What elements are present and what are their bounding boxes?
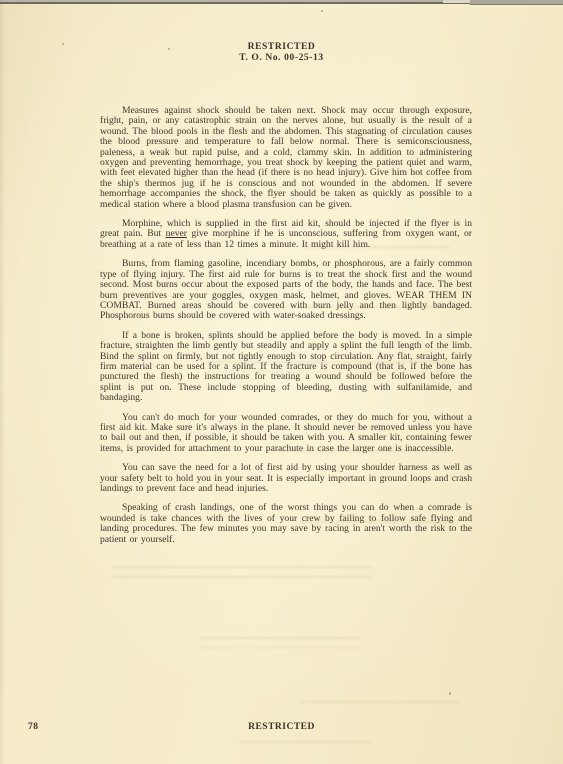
scanned-page: RESTRICTED T. O. No. 00-25-13 Measures a… — [0, 0, 563, 764]
scan-edge-left — [0, 0, 5, 764]
paragraph: If a bone is broken, splints should be a… — [100, 331, 472, 404]
paragraph-text: Burns, from flaming gasoline, incendiary… — [100, 258, 472, 321]
scan-speck — [62, 43, 64, 45]
bleedthrough-artifact — [240, 738, 370, 748]
bleedthrough-artifact — [112, 563, 372, 585]
bleedthrough-artifact — [300, 698, 460, 710]
header-classification: RESTRICTED — [0, 42, 563, 53]
page-body: Measures against shock should be taken n… — [100, 106, 472, 554]
scan-edge-highlight — [443, 0, 473, 3]
underlined-text: never — [166, 228, 187, 239]
paragraph: You can't do much for your wounded comra… — [100, 413, 472, 455]
paragraph: You can save the need for a lot of first… — [100, 463, 472, 494]
header-technical-order-number: T. O. No. 00-25-13 — [0, 53, 563, 64]
paragraph-text: If a bone is broken, splints should be a… — [100, 330, 472, 403]
bleedthrough-artifact — [200, 634, 360, 648]
paragraph-text: Measures against shock should be taken n… — [100, 105, 472, 210]
paragraph: Speaking of crash landings, one of the w… — [100, 503, 472, 545]
paragraph: Burns, from flaming gasoline, incendiary… — [100, 259, 472, 321]
paragraph: Morphine, which is supplied in the first… — [100, 219, 472, 250]
document-header: RESTRICTED T. O. No. 00-25-13 — [0, 42, 563, 64]
footer-classification: RESTRICTED — [0, 722, 563, 732]
paragraph: Measures against shock should be taken n… — [100, 106, 472, 210]
paragraph-text: Speaking of crash landings, one of the w… — [100, 502, 472, 544]
paragraph-text: You can save the need for a lot of first… — [100, 462, 472, 494]
scan-edge-top-right — [470, 0, 563, 5]
document-footer: 78 RESTRICTED — [0, 722, 563, 734]
scan-speck — [168, 48, 170, 50]
paragraph-text: You can't do much for your wounded comra… — [100, 412, 472, 454]
scan-speck — [321, 10, 323, 12]
scan-speck — [449, 692, 451, 695]
